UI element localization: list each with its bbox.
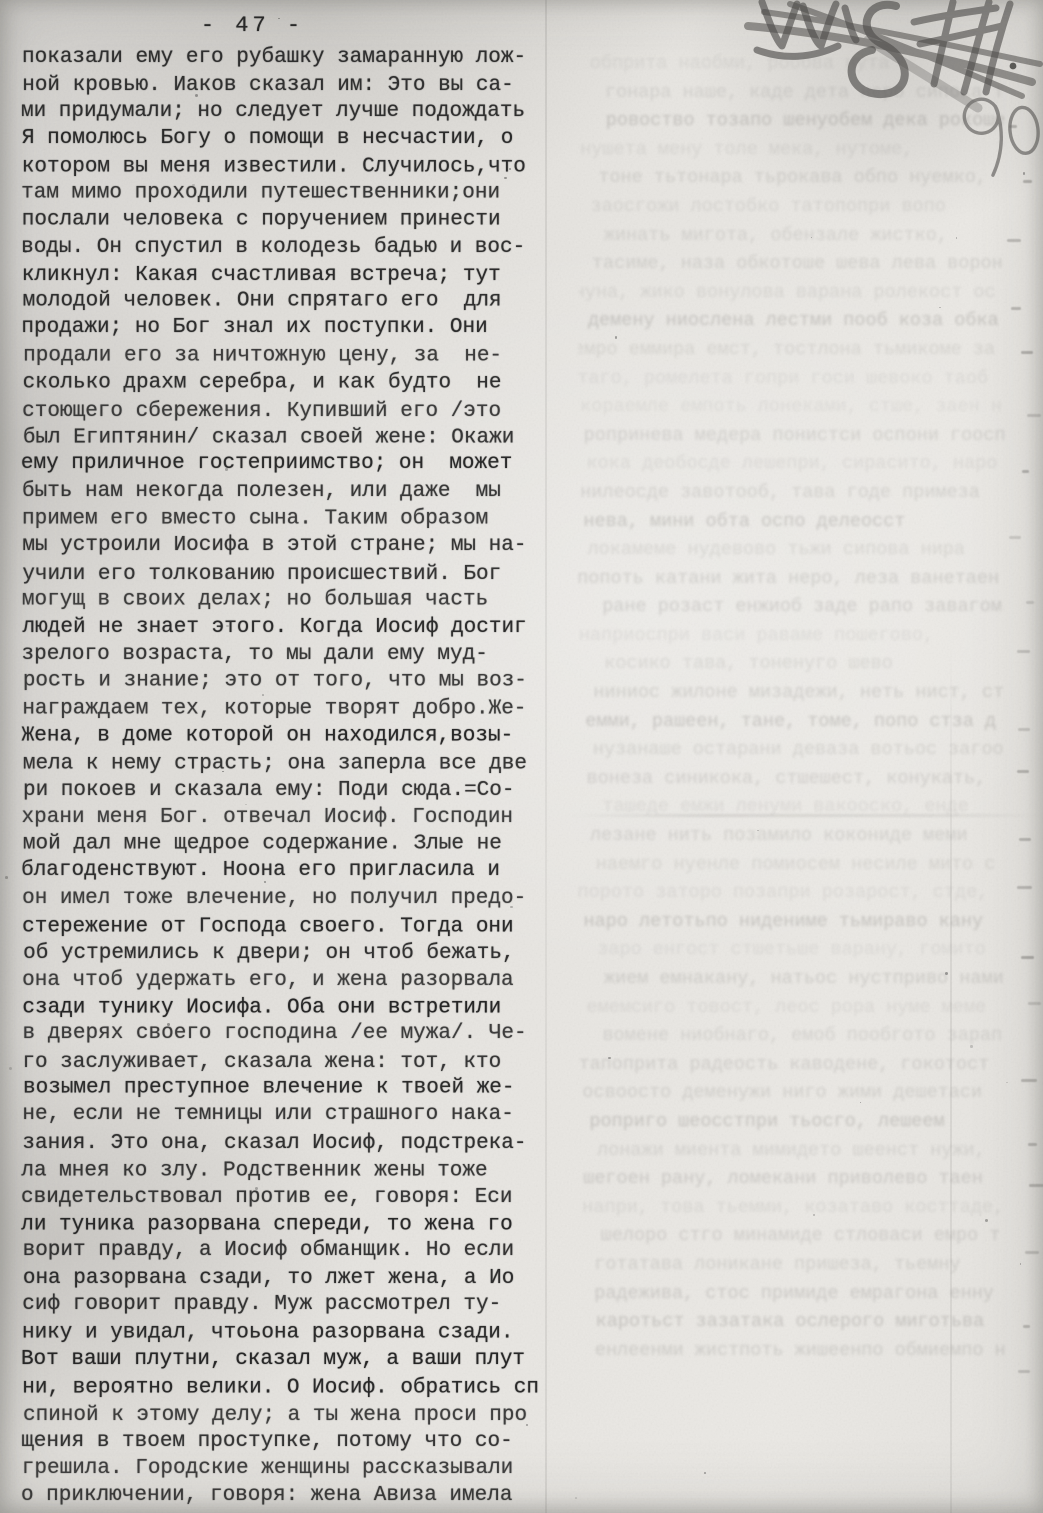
scribble-zigzag — [757, 2, 856, 56]
bleed-dash — [1021, 351, 1033, 354]
ink-speck — [1023, 172, 1026, 175]
ink-speck — [1006, 1082, 1007, 1083]
text-line: го заслуживает, сказала жена: тот, кто — [22, 1049, 557, 1076]
bleed-dash — [1026, 601, 1035, 604]
ghost-line: наро летотьпо нидениме тьмираво кану — [578, 908, 1024, 937]
text-line: ли туника разорвана спереди, то жена го — [21, 1212, 556, 1239]
bleed-dash — [1019, 838, 1031, 841]
text-line: Я помолюсь Богу о помощи в несчастии, о — [22, 125, 557, 152]
ghost-line: наприоспри васи раваме пошегово, — [579, 622, 1030, 651]
ghost-line: ране розаст енжиоб заде рапо завагом — [580, 593, 1030, 622]
text-line: не, если не темницы или страшного нака- — [22, 1102, 557, 1129]
text-line: щения в твоем проступке, потому что со- — [21, 1428, 556, 1455]
ghost-line: тасиме, наза обкотоше шева лева ворон — [581, 250, 1030, 279]
ghost-line: готатава лоникане пришеза, тьемну — [583, 1251, 1030, 1280]
typed-text-block: показали ему его рубашку замаранную лож-… — [22, 44, 557, 1510]
ghost-line: ропринева медера понистси оспони гоосп — [584, 422, 1030, 451]
ghost-line: лезане нить позамило кокониде меми — [579, 822, 1030, 851]
bleed-dash — [1025, 1251, 1039, 1254]
text-line: ной кровью. Иаков сказал им: Это вы са- — [22, 72, 557, 99]
bleed-dash — [1023, 180, 1032, 183]
ghost-line: наемго нуенле помиосем несиле мито с — [578, 851, 1026, 880]
text-line: свидетельствовал против ее, говоря: Еси — [21, 1184, 556, 1211]
bleed-dash — [1009, 125, 1017, 128]
text-line: ла мнея ко злу. Родственник жены тоже — [21, 1157, 556, 1184]
bleed-dash — [1028, 1143, 1037, 1146]
ink-speck — [575, 1497, 577, 1499]
text-line: рость и знание; это от того, что мы воз- — [23, 667, 558, 694]
ink-speck — [608, 1057, 610, 1059]
ghost-line: кока деобосде лешепри, сирасито, наро — [578, 450, 1027, 479]
text-line: мела к нему страсть; она заперла все две — [23, 750, 558, 777]
ghost-line: вомене ниобнаго, емоб пообгото зарап — [580, 1022, 1030, 1051]
ghost-line: локамеме нудевово тьжи сипова нира — [578, 536, 1028, 565]
ghost-line: нузанаше остарани деваза вотьос загоо — [582, 736, 1030, 765]
ghost-line: емми, рашеен, тане, томе, попо стза д — [578, 708, 1026, 737]
text-line: ни, вероятно велики. О Иосиф. обратись с… — [22, 1374, 557, 1401]
page-number: - 47 - — [0, 13, 505, 38]
ink-speck — [956, 237, 957, 238]
ghost-line: жием емнакану, натьос нустприво нами — [582, 965, 1030, 994]
ghost-line: лонажи миента мимидето шеенст нужи, — [578, 1137, 1027, 1166]
ghost-text-column: обприта наобми, рообва нута гонара наше,… — [578, 50, 1030, 1470]
text-line: Жена, в доме которой он находился,возы- — [22, 722, 557, 749]
ghost-line: шелоро стго минамиде стловаси емро т — [578, 1222, 1030, 1251]
text-line: стоющего сбережения. Купивший его /это — [22, 398, 557, 425]
text-line: продали его за ничтожную цену, за не- — [23, 342, 558, 369]
ghost-line: обприта наобми, рообва нута — [579, 50, 1030, 79]
text-line: котором вы меня известили. Случилось,что — [22, 153, 557, 180]
ghost-line: нуна, жико вонулова варана ролекост ос — [578, 279, 1026, 308]
bleed-dash — [1011, 307, 1021, 310]
ink-speck — [970, 1045, 972, 1047]
text-line: продажи; но Бог знал их поступки. Они — [21, 314, 556, 341]
text-line: зрелого возраста, то мы дали ему муд- — [22, 641, 557, 668]
ghost-line: тапоприта радеость каводене, гокотост — [578, 1051, 1030, 1080]
text-line: храни меня Бог. отвечал Иосиф. Господин — [22, 804, 557, 831]
ghost-line: заро енгост стшетьше варану, гомито — [578, 936, 1027, 965]
ghost-line: роприго шеосстпри тьосго, лешеем — [578, 1108, 1030, 1137]
text-line: показали ему его рубашку замаранную лож- — [22, 44, 557, 71]
ghost-line: гонара наше, каде дета неро сипока т — [583, 79, 1030, 108]
text-line: был Египтянин/ сказал своей жене: Окажи — [23, 425, 558, 452]
text-line: она разорвана сзади, то лжет жена, а Ио — [23, 1265, 558, 1292]
text-line: молодой человек. Они спрятаго его для — [23, 288, 558, 315]
text-line: мы устроили Иосифа в этой стране; мы на- — [22, 532, 557, 559]
ghost-line: радежива, стос примиде емрагона енну — [578, 1280, 1024, 1309]
ghost-line: жинать мигота, обензале жистко, — [582, 222, 1030, 251]
ghost-line: заосгожи лостобко татопопри вопо — [579, 193, 1030, 222]
ghost-line: ташеде емжи ленуми вакооско, енде — [580, 793, 1030, 822]
text-line: воды. Он спустил в колодезь бадью и вос- — [21, 234, 556, 261]
text-line: ри покоев и сказала ему: Поди сюда.=Со- — [23, 777, 558, 804]
text-line: сиф говорит правду. Муж рассмотрел ту- — [22, 1291, 557, 1318]
text-line: учили его толкованию происшествий. Бог — [22, 561, 557, 588]
bleed-dash — [1017, 770, 1029, 773]
bleed-dash — [1023, 1325, 1031, 1328]
text-line: грешила. Городские женщины рассказывали — [22, 1455, 557, 1482]
text-line: об устремились к двери; он чтоб бежать, — [23, 940, 558, 967]
ink-speck — [813, 1214, 814, 1215]
text-line: о приключении, говоря: жена Авиза имела — [21, 1482, 556, 1509]
bleed-dash — [1022, 470, 1029, 473]
ghost-line: емро еммира емст, тостлона тьмикоме за — [578, 336, 1025, 365]
text-line: кликнул: Какая счастливая встреча; тут — [22, 262, 557, 289]
text-line: людей не знает этого. Когда Иосиф достиг — [23, 614, 558, 641]
bleed-dash — [1029, 1184, 1043, 1187]
text-line: он имел тоже влечение, но получил предо- — [22, 885, 557, 912]
text-line: быть нам некогда полезен, или даже мы — [22, 478, 557, 505]
bleed-dash — [1018, 1370, 1030, 1373]
text-line: возымел преступное влечение к твоей же- — [23, 1075, 558, 1102]
text-line: примем его вместо сына. Таким образом — [22, 506, 557, 533]
ghost-line: нушета мену толе мека, нутоме, — [580, 136, 1030, 165]
bleed-dash — [1009, 536, 1020, 539]
ink-speck — [5, 876, 8, 879]
ghost-line: шегоен рану, ломекани приволево таен — [578, 1165, 1024, 1194]
text-line: награждаем тех, которые творят добро.Же- — [22, 696, 557, 723]
text-line: нику и увидал, чтоьона разорвана сзади. — [22, 1319, 557, 1346]
bleed-dash — [1007, 239, 1020, 242]
ghost-line: косико тава, тоненуго шево — [582, 650, 1030, 679]
text-line: благоденствуют. Ноона его пригласила и — [21, 857, 556, 884]
text-line: она чтоб удержать его, и жена разорвала — [22, 967, 557, 994]
bleed-dash — [1028, 1002, 1042, 1005]
ghost-line: кораемле емпоть лонеками, стше, заен н — [580, 393, 1030, 422]
text-line: могущ в своих делах; но большая часть — [22, 586, 557, 613]
ghost-line: ниниос жилоне мизадежи, неть нист, ст — [582, 679, 1030, 708]
ghost-line: порото заторо позапри розарост, стде, — [578, 879, 1030, 908]
ink-speck — [9, 1067, 12, 1070]
text-line: мой дал мне щедрое содержание. Злые не — [23, 831, 558, 858]
ghost-line: попоть катани жита неро, леза ванетаен — [578, 565, 1029, 594]
bleed-dash — [1027, 414, 1042, 417]
text-line: сколько драхм серебра, и как будто не — [23, 369, 558, 396]
ghost-line: таго, ромелета гопри госи шевоко таоб — [578, 365, 1029, 394]
text-line: ворит правду, а Иосиф обманщик. Но если — [23, 1237, 558, 1264]
text-line: послали человека с поручением принести — [22, 207, 557, 234]
ink-speck — [1020, 1263, 1021, 1264]
text-line: Вот ваши плутни, сказал муж, а ваши плут — [21, 1346, 556, 1373]
bleed-dash — [1017, 886, 1032, 889]
text-line: ми придумали; но следует лучше подождать — [21, 98, 556, 125]
ghost-line: нилеосде завотооб, тава годе примеза — [580, 479, 1030, 508]
bleed-dash — [1018, 728, 1030, 731]
ghost-line: емемсиго товост, леос рора нуме меме — [578, 994, 1027, 1023]
ghost-line: демену ниослена лестми пооб коза обка — [578, 307, 1029, 336]
ink-speck — [704, 1472, 706, 1474]
text-line: сзади тунику Иосифа. Оба они встретили — [22, 994, 557, 1021]
text-line: в дверях своего господина /ее мужа/. Че- — [23, 1020, 558, 1047]
text-line: там мимо проходили путешественники;они — [21, 179, 556, 206]
text-line: спиной к этому делу; а ты жена проси про — [23, 1402, 558, 1429]
ghost-line: ровоство тозапо шенуобем дека рокоше — [584, 107, 1030, 136]
ghost-line: нева, мини обта оспо делеосст — [578, 508, 1024, 537]
text-line: стережение от Господа своего. Тогда они — [22, 913, 557, 940]
ghost-line: каротьст зазатака ослерого миготьва — [578, 1308, 1025, 1337]
text-line: ему приличное гостеприимство; он может — [21, 450, 556, 477]
ink-speck — [811, 237, 812, 238]
ghost-line: енлеенми жистпоть жишеенпо обмиемпо н — [584, 1337, 1030, 1366]
bleed-dash — [1021, 1079, 1037, 1082]
text-line: зания. Это она, сказал Иосиф, подстрека- — [22, 1130, 557, 1157]
ink-speck — [860, 1102, 861, 1103]
ghost-line: вонеза синикока, стшешест, конукать, — [578, 765, 1027, 794]
scanned-page: обприта наобми, рообва нута гонара наше,… — [0, 0, 1043, 1513]
bleed-dash — [1017, 650, 1030, 653]
ghost-line: тоне тьтонара тьрокава обпо нуемко, — [578, 164, 1028, 193]
ghost-line: напри, това тьемми, козатаво косттаде, — [582, 1194, 1030, 1223]
ghost-line: освоосто деменужи ниго жими дешетаси — [582, 1079, 1030, 1108]
